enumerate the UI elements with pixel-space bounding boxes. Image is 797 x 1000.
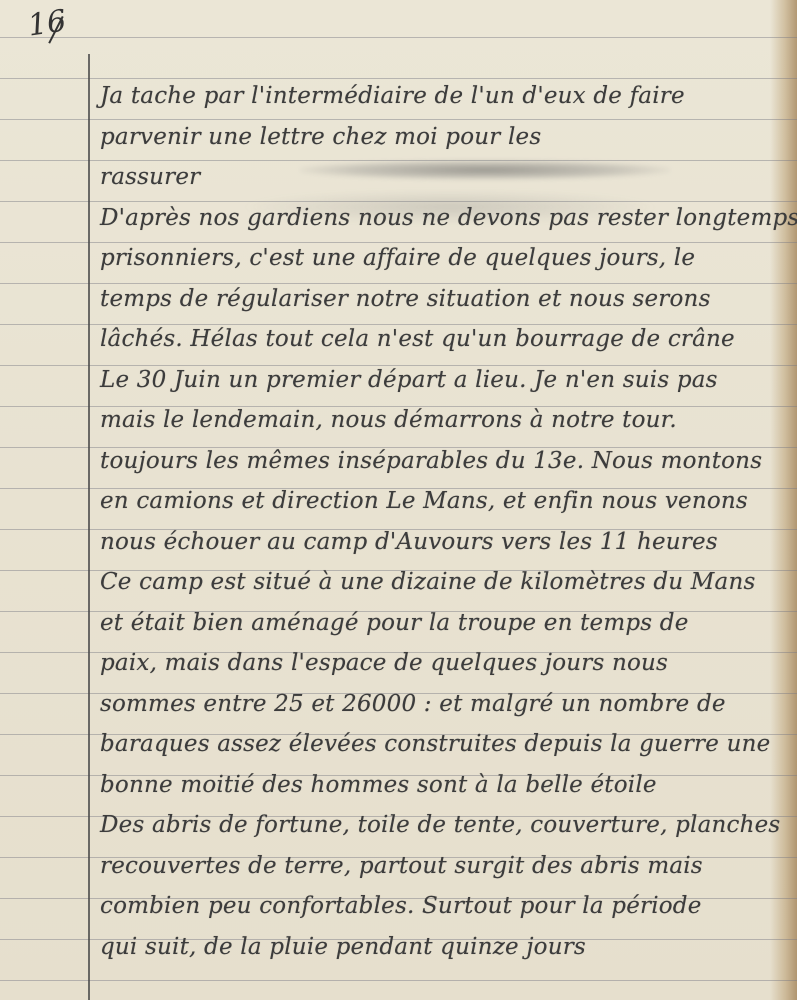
text-line: Ja tache par l'intermédiaire de l'un d'e…: [100, 76, 790, 117]
text-line: mais le lendemain, nous démarrons à notr…: [100, 400, 790, 441]
text-line: parvenir une lettre chez moi pour les: [100, 117, 790, 158]
text-line: paix, mais dans l'espace de quelques jou…: [100, 643, 790, 684]
text-line: Ce camp est situé à une dizaine de kilom…: [100, 562, 790, 603]
text-line: recouvertes de terre, partout surgit des…: [100, 846, 790, 887]
handwritten-text: Ja tache par l'intermédiaire de l'un d'e…: [100, 76, 790, 967]
page-number: 16: [26, 4, 69, 44]
text-line: toujours les mêmes inséparables du 13e. …: [100, 441, 790, 482]
text-line: lâchés. Hélas tout cela n'est qu'un bour…: [100, 319, 790, 360]
notebook-page: 16 Ja tache par l'intermédiaire de l'un …: [0, 0, 797, 1000]
text-line: rassurer: [100, 157, 790, 198]
text-line: temps de régulariser notre situation et …: [100, 279, 790, 320]
text-line: D'après nos gardiens nous ne devons pas …: [100, 198, 790, 239]
text-line: qui suit, de la pluie pendant quinze jou…: [100, 927, 790, 968]
text-line: bonne moitié des hommes sont à la belle …: [100, 765, 790, 806]
text-line: sommes entre 25 et 26000 : et malgré un …: [100, 684, 790, 725]
margin-line: [88, 54, 90, 1000]
text-line: et était bien aménagé pour la troupe en …: [100, 603, 790, 644]
text-line: Le 30 Juin un premier départ a lieu. Je …: [100, 360, 790, 401]
text-line: Des abris de fortune, toile de tente, co…: [100, 805, 790, 846]
text-line: nous échouer au camp d'Auvours vers les …: [100, 522, 790, 563]
text-line: combien peu confortables. Surtout pour l…: [100, 886, 790, 927]
text-line: prisonniers, c'est une affaire de quelqu…: [100, 238, 790, 279]
text-line: en camions et direction Le Mans, et enfi…: [100, 481, 790, 522]
text-line: baraques assez élevées construites depui…: [100, 724, 790, 765]
